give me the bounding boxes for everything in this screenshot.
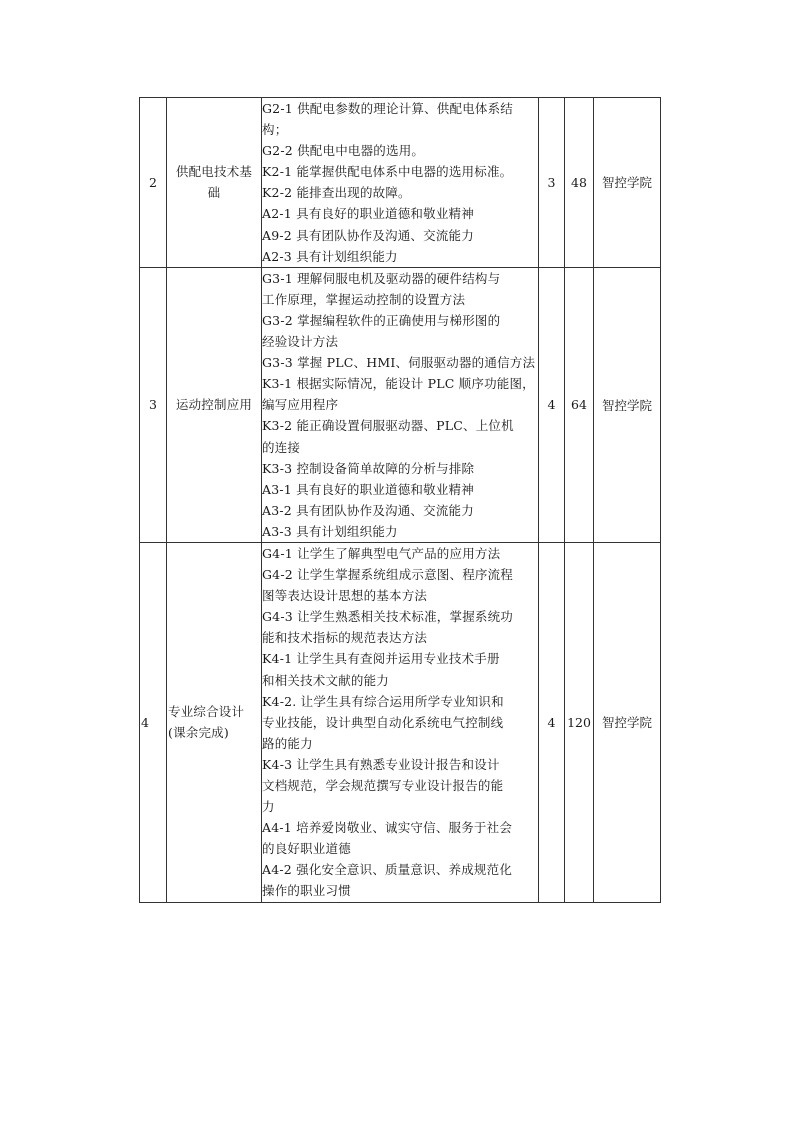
course-number: 4 xyxy=(140,542,167,902)
objective-line: G4-2 让学生掌握系统组成示意图、程序流程 xyxy=(262,564,538,585)
objective-line: 专业技能，设计典型自动化系统电气控制线 xyxy=(262,712,538,733)
course-name-line: (课余完成) xyxy=(168,722,261,743)
objective-line: K2-2 能排查出现的故障。 xyxy=(262,182,538,203)
course-name-line: 础 xyxy=(167,182,261,203)
objective-line: 编写应用程序 xyxy=(262,394,538,415)
objective-line: 的良好职业道德 xyxy=(262,838,538,859)
course-objectives: G2-1 供配电参数的理论计算、供配电体系结 构； G2-2 供配电中电器的选用… xyxy=(262,98,539,268)
objective-line: K4-2. 让学生具有综合运用所学专业知识和 xyxy=(262,691,538,712)
course-department: 智控学院 xyxy=(594,267,661,542)
course-name: 专业综合设计 (课余完成) xyxy=(167,542,262,902)
course-objectives: G3-1 理解伺服电机及驱动器的硬件结构与 工作原理，掌握运动控制的设置方法 G… xyxy=(262,267,539,542)
objective-line: 图等表达设计思想的基本方法 xyxy=(262,585,538,606)
course-credits: 4 xyxy=(539,542,565,902)
objective-line: G3-2 掌握编程软件的正确使用与梯形图的 xyxy=(262,310,538,331)
objective-line: 文档规范，学会规范撰写专业设计报告的能 xyxy=(262,775,538,796)
objective-line: G3-1 理解伺服电机及驱动器的硬件结构与 xyxy=(262,268,538,289)
objective-line: A9-2 具有团队协作及沟通、交流能力 xyxy=(262,225,538,246)
objective-line: 操作的职业习惯 xyxy=(262,880,538,901)
objective-line: 的连接 xyxy=(262,437,538,458)
course-name: 供配电技术基 础 xyxy=(167,98,262,268)
objective-line: 工作原理，掌握运动控制的设置方法 xyxy=(262,289,538,310)
objective-line: A3-1 具有良好的职业道德和敬业精神 xyxy=(262,479,538,500)
course-number: 3 xyxy=(140,267,167,542)
course-hours: 64 xyxy=(565,267,594,542)
course-number: 2 xyxy=(140,98,167,268)
course-hours: 48 xyxy=(565,98,594,268)
objective-line: 和相关技术文献的能力 xyxy=(262,670,538,691)
course-table: 2 供配电技术基 础 G2-1 供配电参数的理论计算、供配电体系结 构； G2-… xyxy=(139,97,661,903)
course-name-line: 专业综合设计 xyxy=(168,701,261,722)
document-page: 2 供配电技术基 础 G2-1 供配电参数的理论计算、供配电体系结 构； G2-… xyxy=(0,0,793,1122)
objective-line: G2-2 供配电中电器的选用。 xyxy=(262,140,538,161)
objective-line: G3-3 掌握 PLC、HMI、伺服驱动器的通信方法 xyxy=(262,352,538,373)
objective-line: A3-3 具有计划组织能力 xyxy=(262,521,538,542)
objective-line: A4-2 强化安全意识、质量意识、养成规范化 xyxy=(262,859,538,880)
objective-line: A4-1 培养爱岗敬业、诚实守信、服务于社会 xyxy=(262,817,538,838)
table-row: 4 专业综合设计 (课余完成) G4-1 让学生了解典型电气产品的应用方法 G4… xyxy=(140,542,661,902)
objective-line: 经验设计方法 xyxy=(262,331,538,352)
objective-line: K3-2 能正确设置伺服驱动器、PLC、上位机 xyxy=(262,415,538,436)
table-row: 3 运动控制应用 G3-1 理解伺服电机及驱动器的硬件结构与 工作原理，掌握运动… xyxy=(140,267,661,542)
objective-line: 路的能力 xyxy=(262,733,538,754)
course-department: 智控学院 xyxy=(594,542,661,902)
objective-line: K3-3 控制设备简单故障的分析与排除 xyxy=(262,458,538,479)
objective-line: 构； xyxy=(262,119,538,140)
course-credits: 4 xyxy=(539,267,565,542)
course-hours: 120 xyxy=(565,542,594,902)
objective-line: G4-1 让学生了解典型电气产品的应用方法 xyxy=(262,543,538,564)
table-row: 2 供配电技术基 础 G2-1 供配电参数的理论计算、供配电体系结 构； G2-… xyxy=(140,98,661,268)
objective-line: 力 xyxy=(262,796,538,817)
objective-line: K3-1 根据实际情况，能设计 PLC 顺序功能图， xyxy=(262,373,538,394)
objective-line: K2-1 能掌握供配电体系中电器的选用标准。 xyxy=(262,161,538,182)
objective-line: A2-3 具有计划组织能力 xyxy=(262,246,538,267)
objective-line: A2-1 具有良好的职业道德和敬业精神 xyxy=(262,203,538,224)
objective-line: 能和技术指标的规范表达方法 xyxy=(262,627,538,648)
objective-line: G4-3 让学生熟悉相关技术标准，掌握系统功 xyxy=(262,606,538,627)
course-credits: 3 xyxy=(539,98,565,268)
objective-line: A3-2 具有团队协作及沟通、交流能力 xyxy=(262,500,538,521)
objective-line: G2-1 供配电参数的理论计算、供配电体系结 xyxy=(262,98,538,119)
objective-line: K4-3 让学生具有熟悉专业设计报告和设计 xyxy=(262,754,538,775)
course-objectives: G4-1 让学生了解典型电气产品的应用方法 G4-2 让学生掌握系统组成示意图、… xyxy=(262,542,539,902)
course-name-line: 供配电技术基 xyxy=(167,161,261,182)
objective-line: K4-1 让学生具有查阅并运用专业技术手册 xyxy=(262,648,538,669)
course-name: 运动控制应用 xyxy=(167,267,262,542)
course-department: 智控学院 xyxy=(594,98,661,268)
course-name-line: 运动控制应用 xyxy=(167,394,261,415)
